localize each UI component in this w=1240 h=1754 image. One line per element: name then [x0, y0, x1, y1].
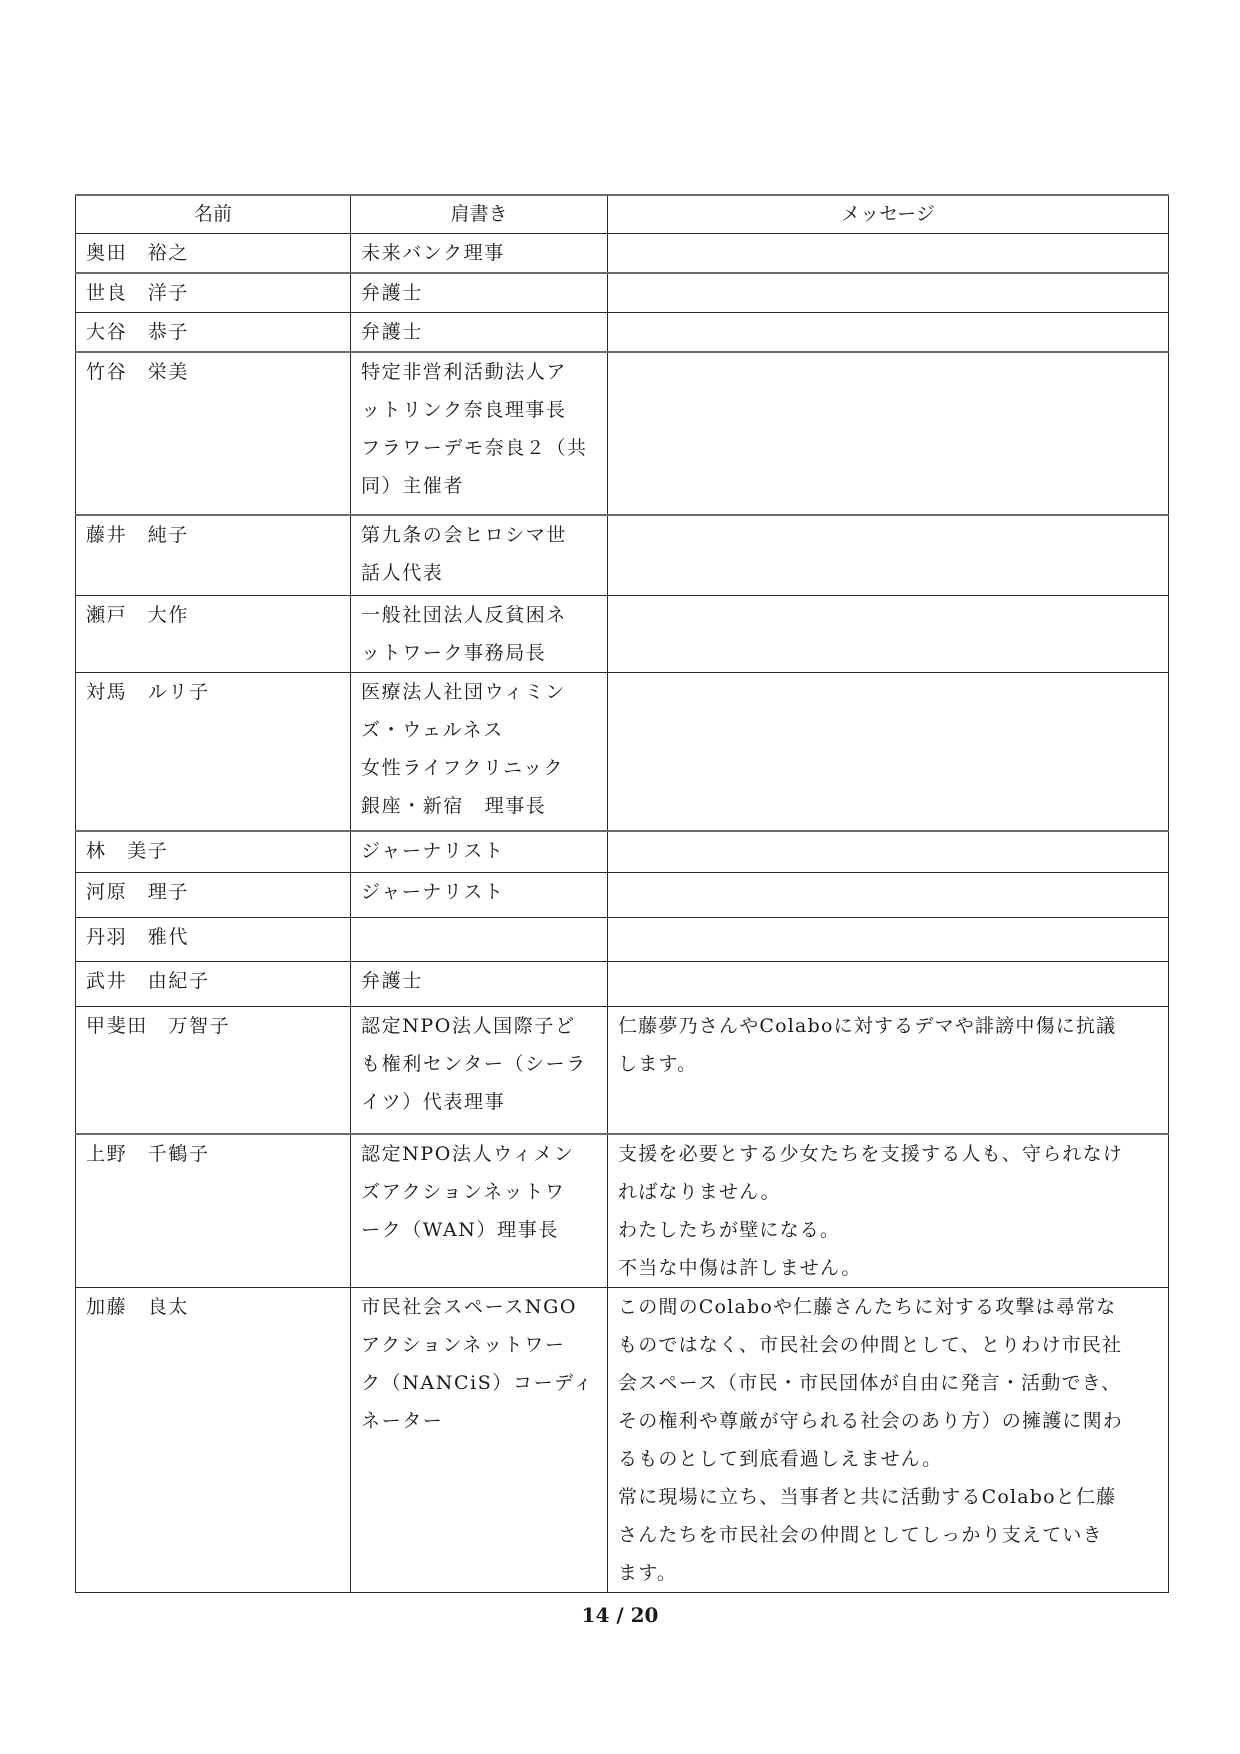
cell-title: 認定NPO法人ウィメンズアクションネットワーク（WAN）理事長 [351, 1134, 608, 1288]
cell-title: 認定NPO法人国際子ども権利センター（シーライツ）代表理事 [351, 1007, 608, 1135]
cell-message [608, 515, 1169, 596]
title-line: 話人代表 [361, 554, 597, 592]
table-row: 加藤 良太市民社会スペースNGOアクションネットワーク（NANCiS）コーディネ… [76, 1288, 1169, 1593]
message-line: さんたちを市民社会の仲間としてしっかり支えていき [618, 1516, 1158, 1554]
person-name: 世良 洋子 [86, 274, 340, 312]
table-row: 藤井 純子第九条の会ヒロシマ世話人代表 [76, 515, 1169, 596]
table-row: 甲斐田 万智子認定NPO法人国際子ども権利センター（シーライツ）代表理事仁藤夢乃… [76, 1007, 1169, 1135]
title-line: 一般社団法人反貧困ネ [361, 596, 597, 634]
title-line: 同）主催者 [361, 467, 597, 505]
title-line: 市民社会スペースNGO [361, 1288, 597, 1326]
title-line: ク（NANCiS）コーディ [361, 1364, 597, 1402]
message-line: ものではなく、市民社会の仲間として、とりわけ市民社 [618, 1326, 1158, 1364]
cell-title: 一般社団法人反貧困ネットワーク事務局長 [351, 596, 608, 673]
cell-message [608, 673, 1169, 832]
title-line: 特定非営利活動法人ア [361, 353, 597, 391]
table-row: 世良 洋子弁護士 [76, 273, 1169, 313]
title-line: 第九条の会ヒロシマ世 [361, 516, 597, 554]
title-line: イツ）代表理事 [361, 1083, 597, 1121]
title-line: ジャーナリスト [361, 873, 597, 911]
person-name: 対馬 ルリ子 [86, 673, 340, 711]
person-name: 藤井 純子 [86, 516, 340, 554]
cell-title: ジャーナリスト [351, 873, 608, 918]
title-line: 弁護士 [361, 962, 597, 1000]
title-line: 医療法人社団ウィミン [361, 673, 597, 711]
table-row: 瀬戸 大作一般社団法人反貧困ネットワーク事務局長 [76, 596, 1169, 673]
title-line: ットリンク奈良理事長 [361, 391, 597, 429]
cell-name: 竹谷 栄美 [76, 352, 351, 515]
person-name: 甲斐田 万智子 [86, 1007, 340, 1045]
cell-name: 武井 由紀子 [76, 962, 351, 1007]
table-row: 竹谷 栄美特定非営利活動法人アットリンク奈良理事長フラワーデモ奈良２（共同）主催… [76, 352, 1169, 515]
cell-message [608, 873, 1169, 918]
title-line: 認定NPO法人ウィメン [361, 1135, 597, 1173]
person-name: 奥田 裕之 [86, 234, 340, 272]
message-line: わたしたちが壁になる。 [618, 1211, 1158, 1249]
title-line: フラワーデモ奈良２（共 [361, 429, 597, 467]
title-line: 女性ライフクリニック [361, 749, 597, 787]
person-name: 武井 由紀子 [86, 962, 340, 1000]
table-row: 奥田 裕之未来バンク理事 [76, 234, 1169, 274]
table-row: 上野 千鶴子認定NPO法人ウィメンズアクションネットワーク（WAN）理事長支援を… [76, 1134, 1169, 1288]
cell-message [608, 273, 1169, 313]
title-line: ズアクションネットワ [361, 1173, 597, 1211]
title-line: 銀座・新宿 理事長 [361, 787, 597, 825]
message-line: ればなりません。 [618, 1173, 1158, 1211]
title-line: ーク（WAN）理事長 [361, 1211, 597, 1249]
title-line: ジャーナリスト [361, 832, 597, 870]
table-row: 河原 理子ジャーナリスト [76, 873, 1169, 918]
cell-message: この間のColaboや仁藤さんたちに対する攻撃は尋常なものではなく、市民社会の仲… [608, 1288, 1169, 1593]
cell-message [608, 962, 1169, 1007]
column-header-name: 名前 [76, 195, 351, 234]
cell-name: 甲斐田 万智子 [76, 1007, 351, 1135]
cell-title: 第九条の会ヒロシマ世話人代表 [351, 515, 608, 596]
person-name: 林 美子 [86, 832, 340, 870]
cell-title: 弁護士 [351, 313, 608, 353]
title-line: 弁護士 [361, 274, 597, 312]
column-header-title: 肩書き [351, 195, 608, 234]
title-line: アクションネットワー [361, 1326, 597, 1364]
cell-name: 瀬戸 大作 [76, 596, 351, 673]
cell-title: 市民社会スペースNGOアクションネットワーク（NANCiS）コーディネーター [351, 1288, 608, 1593]
cell-name: 世良 洋子 [76, 273, 351, 313]
person-name: 上野 千鶴子 [86, 1135, 340, 1173]
title-line: も権利センター（シーラ [361, 1045, 597, 1083]
cell-name: 藤井 純子 [76, 515, 351, 596]
title-line: 未来バンク理事 [361, 234, 597, 272]
message-line: るものとして到底看過しえません。 [618, 1440, 1158, 1478]
cell-name: 上野 千鶴子 [76, 1134, 351, 1288]
cell-message [608, 596, 1169, 673]
cell-name: 河原 理子 [76, 873, 351, 918]
person-name: 丹羽 雅代 [86, 918, 340, 956]
document-page: 名前 肩書き メッセージ 奥田 裕之未来バンク理事世良 洋子弁護士大谷 恭子弁護… [0, 0, 1240, 1754]
message-line: その権利や尊厳が守られる社会のあり方）の擁護に関わ [618, 1402, 1158, 1440]
message-line: します。 [618, 1045, 1158, 1083]
person-name: 大谷 恭子 [86, 313, 340, 351]
cell-name: 丹羽 雅代 [76, 918, 351, 962]
person-name: 加藤 良太 [86, 1288, 340, 1326]
title-line: 認定NPO法人国際子ど [361, 1007, 597, 1045]
cell-title: 弁護士 [351, 962, 608, 1007]
table-row: 武井 由紀子弁護士 [76, 962, 1169, 1007]
page-number: 14 / 20 [0, 1603, 1240, 1627]
cell-message: 仁藤夢乃さんやColaboに対するデマや誹謗中傷に抗議します。 [608, 1007, 1169, 1135]
cell-title: 特定非営利活動法人アットリンク奈良理事長フラワーデモ奈良２（共同）主催者 [351, 352, 608, 515]
cell-name: 大谷 恭子 [76, 313, 351, 353]
title-line: 弁護士 [361, 313, 597, 351]
cell-message [608, 313, 1169, 353]
table-row: 大谷 恭子弁護士 [76, 313, 1169, 353]
column-header-message: メッセージ [608, 195, 1169, 234]
cell-title [351, 918, 608, 962]
cell-name: 林 美子 [76, 831, 351, 873]
person-name: 瀬戸 大作 [86, 596, 340, 634]
table-body: 奥田 裕之未来バンク理事世良 洋子弁護士大谷 恭子弁護士竹谷 栄美特定非営利活動… [76, 234, 1169, 1593]
supporters-table: 名前 肩書き メッセージ 奥田 裕之未来バンク理事世良 洋子弁護士大谷 恭子弁護… [75, 194, 1169, 1593]
person-name: 河原 理子 [86, 873, 340, 911]
cell-message: 支援を必要とする少女たちを支援する人も、守られなければなりません。わたしたちが壁… [608, 1134, 1169, 1288]
table-row: 丹羽 雅代 [76, 918, 1169, 962]
message-line: 常に現場に立ち、当事者と共に活動するColaboと仁藤 [618, 1478, 1158, 1516]
cell-title: 医療法人社団ウィミンズ・ウェルネス女性ライフクリニック銀座・新宿 理事長 [351, 673, 608, 832]
cell-message [608, 831, 1169, 873]
cell-name: 対馬 ルリ子 [76, 673, 351, 832]
person-name: 竹谷 栄美 [86, 353, 340, 391]
message-line: 不当な中傷は許しません。 [618, 1249, 1158, 1287]
cell-title: 弁護士 [351, 273, 608, 313]
message-line: 支援を必要とする少女たちを支援する人も、守られなけ [618, 1135, 1158, 1173]
cell-title: ジャーナリスト [351, 831, 608, 873]
table-header-row: 名前 肩書き メッセージ [76, 195, 1169, 234]
cell-message [608, 234, 1169, 274]
cell-message [608, 918, 1169, 962]
message-line: 仁藤夢乃さんやColaboに対するデマや誹謗中傷に抗議 [618, 1007, 1158, 1045]
title-line: ットワーク事務局長 [361, 634, 597, 672]
message-line: この間のColaboや仁藤さんたちに対する攻撃は尋常な [618, 1288, 1158, 1326]
message-line: 会スペース（市民・市民団体が自由に発言・活動でき、 [618, 1364, 1158, 1402]
table-row: 林 美子ジャーナリスト [76, 831, 1169, 873]
table-row: 対馬 ルリ子医療法人社団ウィミンズ・ウェルネス女性ライフクリニック銀座・新宿 理… [76, 673, 1169, 832]
cell-message [608, 352, 1169, 515]
cell-name: 加藤 良太 [76, 1288, 351, 1593]
cell-title: 未来バンク理事 [351, 234, 608, 274]
title-line: ネーター [361, 1402, 597, 1440]
cell-name: 奥田 裕之 [76, 234, 351, 274]
message-line: ます。 [618, 1554, 1158, 1592]
title-line: ズ・ウェルネス [361, 711, 597, 749]
